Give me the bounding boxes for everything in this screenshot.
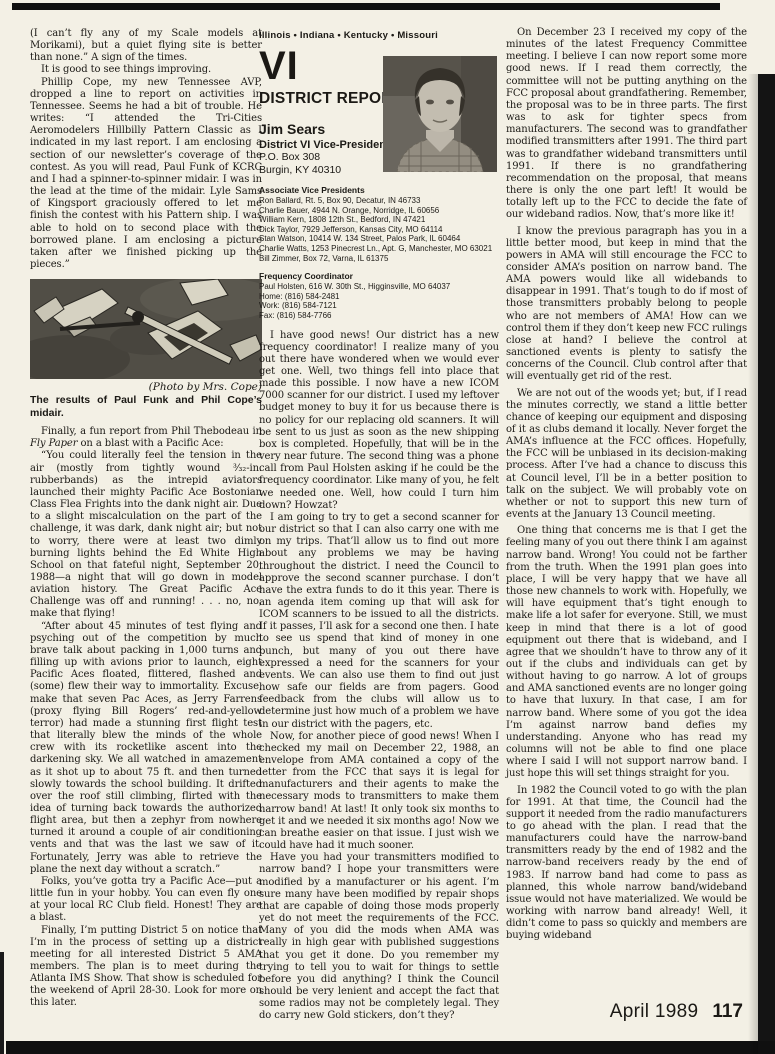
body-paragraph: In 1982 the Council voted to go with the…	[506, 785, 747, 943]
middle-column: Illinois • Indiana • Kentucky • Missouri…	[259, 30, 499, 1022]
body-paragraph: Finally, a fun report from Phil Thebodea…	[30, 426, 262, 450]
body-paragraph: “You could literally feel the tension in…	[30, 450, 262, 620]
left-column: (I can’t fly any of my Scale models at M…	[30, 28, 262, 1010]
avp-entry: Charlie Watts, 1253 Pinecrest Ln., Apt. …	[259, 244, 499, 254]
body-paragraph: On December 23 I received my copy of the…	[506, 27, 747, 222]
issue-date: April 1989	[610, 1001, 699, 1022]
body-paragraph: We are not out of the woods yet; but, if…	[506, 388, 747, 522]
avp-entry: Ron Ballard, Rt. 5, Box 90, Decatur, IN …	[259, 196, 499, 206]
middle-column-body: I have good news! Our district has a new…	[259, 330, 499, 1023]
scan-edge-bottom	[6, 1041, 775, 1054]
body-paragraph: Phillip Cope, my new Tennessee AVP, drop…	[30, 77, 262, 272]
magazine-name: Fly Paper	[30, 438, 77, 449]
scan-edge-right	[758, 74, 775, 1054]
frequency-coordinator-name: Paul Holsten, 616 W. 30th St., Higginsvi…	[259, 282, 499, 292]
page-footer: April 1989117	[506, 1001, 743, 1023]
avp-entry: Stan Watson, 10414 W. 134 Street, Palos …	[259, 234, 499, 244]
scan-shadow	[748, 74, 758, 1054]
avp-heading: Associate Vice Presidents	[259, 185, 499, 195]
photo-caption: The results of Paul Funk and Phil Cope’s…	[30, 394, 262, 419]
portrait-art	[383, 56, 497, 172]
body-paragraph: One thing that concerns me is that I get…	[506, 525, 747, 780]
body-paragraph: Now, for another piece of good news! Whe…	[259, 731, 499, 853]
magazine-page-scan: (I can’t fly any of my Scale models at M…	[0, 0, 775, 1054]
body-paragraph: I have good news! Our district has a new…	[259, 330, 499, 512]
avp-entry: Bill Zimmer, Box 72, Varna, IL 61375	[259, 254, 499, 264]
district-report-masthead: Illinois • Indiana • Kentucky • Missouri…	[259, 30, 499, 321]
body-paragraph: Finally, I’m putting District 5 on notic…	[30, 925, 262, 1010]
body-paragraph: Folks, you’ve gotta try a Pacific Ace—pu…	[30, 876, 262, 925]
crashed-planes-photo-art	[30, 279, 262, 379]
intro-text: on a blast with a Pacific Ace:	[77, 438, 223, 449]
intro-text: Finally, a fun report from Phil Thebodea…	[41, 426, 262, 437]
right-column: On December 23 I received my copy of the…	[506, 27, 747, 943]
scan-edge-top	[12, 3, 720, 10]
body-paragraph: I know the previous paragraph has you in…	[506, 226, 747, 384]
scan-edge-left	[0, 952, 4, 1054]
district-states-line: Illinois • Indiana • Kentucky • Missouri	[259, 30, 499, 41]
page-number: 117	[712, 1001, 743, 1022]
body-paragraph: Have you had your transmitters modified …	[259, 852, 499, 1022]
avp-entry: Dick Taylor, 7929 Jefferson, Kansas City…	[259, 225, 499, 235]
frequency-coordinator-home-phone: Home: (816) 584-2481	[259, 292, 499, 302]
jim-sears-portrait-photo	[383, 56, 497, 172]
body-paragraph: I am going to try to get a second scanne…	[259, 512, 499, 731]
frequency-coordinator-fax: Fax: (816) 584-7766	[259, 311, 499, 321]
photo-credit: (Photo by Mrs. Cope)	[30, 381, 262, 394]
body-paragraph: “After about 45 minutes of test flying a…	[30, 621, 262, 876]
body-paragraph: (I can’t fly any of my Scale models at M…	[30, 28, 262, 64]
frequency-coordinator-heading: Frequency Coordinator	[259, 271, 499, 281]
avp-entry: Charlie Bauer, 4944 N. Orange, Norridge,…	[259, 206, 499, 216]
avp-entry: William Kern, 1808 12th St., Bedford, IN…	[259, 215, 499, 225]
crashed-planes-photo	[30, 279, 262, 379]
frequency-coordinator-work-phone: Work: (816) 584-7121	[259, 301, 499, 311]
body-paragraph: It is good to see things improving.	[30, 64, 262, 76]
